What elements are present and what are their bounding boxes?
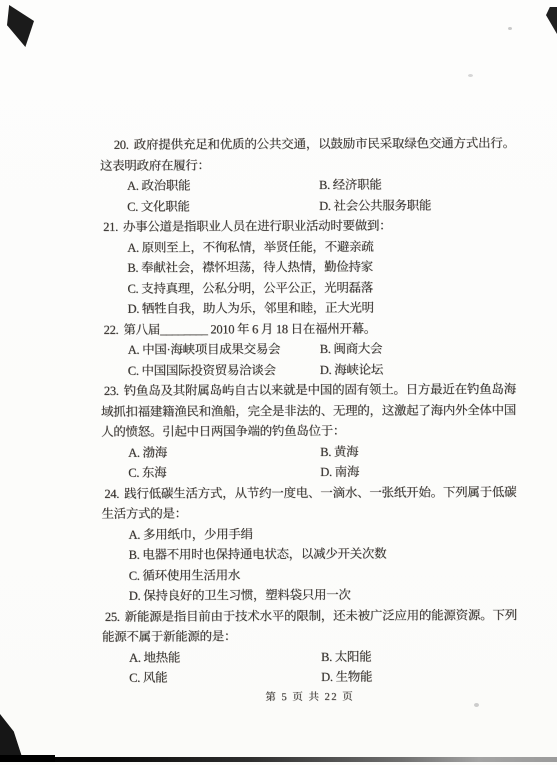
- question-22: 22.第八届________ 2010 年 6 月 18 日在福州开幕。 A. …: [101, 318, 516, 381]
- option-a: A. 多用纸巾，少用手绢: [128, 523, 516, 545]
- question-20: 20.政府提供充足和优质的公共交通，以鼓励市民采取绿色交通方式出行。这表明政府在…: [100, 133, 515, 217]
- question-stem: 23.钓鱼岛及其附属岛屿自古以来就是中国的固有领土。日方最近在钓鱼岛海域抓扣福建…: [101, 379, 516, 442]
- question-stem-text: 钓鱼岛及其附属岛屿自古以来就是中国的固有领土。日方最近在钓鱼岛海域抓扣福建籍渔民…: [101, 382, 516, 439]
- exam-content: 20.政府提供充足和优质的公共交通，以鼓励市民采取绿色交通方式出行。这表明政府在…: [100, 133, 518, 709]
- question-options: A. 政治职能 B. 经济职能 C. 文化职能 D. 社会公共服务职能: [127, 174, 515, 217]
- option-a: A. 原则至上，不徇私情，举贤任能，不避亲疏: [127, 236, 515, 258]
- question-21: 21.办事公道是指职业人员在进行职业活动时要做到： A. 原则至上，不徇私情，举…: [100, 215, 515, 319]
- option-b: B. 电器不用时也保持通电状态，以减少开关次数: [129, 543, 517, 565]
- question-number: 20.: [114, 138, 129, 152]
- question-stem: 24.践行低碳生活方式，从节约一度电、一滴水、一张纸开始。下列属于低碳生活方式的…: [101, 482, 516, 525]
- question-options: A. 渤海 B. 黄海 C. 东海 D. 南海: [128, 441, 516, 484]
- page-number-footer: 第 5 页 共 22 页: [102, 687, 517, 709]
- scanned-exam-page: 20.政府提供充足和优质的公共交通，以鼓励市民采取绿色交通方式出行。这表明政府在…: [0, 0, 557, 765]
- question-stem: 22.第八届________ 2010 年 6 月 18 日在福州开幕。: [101, 318, 516, 340]
- question-stem-text: 第八届________ 2010 年 6 月 18 日在福州开幕。: [123, 321, 376, 336]
- question-options: A. 地热能 B. 太阳能 C. 风能 D. 生物能: [129, 646, 517, 689]
- scan-edge-bottom: [0, 757, 557, 762]
- option-d: D. 生物能: [321, 666, 517, 687]
- question-23: 23.钓鱼岛及其附属岛屿自古以来就是中国的固有领土。日方最近在钓鱼岛海域抓扣福建…: [101, 379, 516, 483]
- question-24: 24.践行低碳生活方式，从节约一度电、一滴水、一张纸开始。下列属于低碳生活方式的…: [101, 482, 517, 607]
- option-b: B. 黄海: [320, 441, 516, 462]
- question-stem-text: 践行低碳生活方式，从节约一度电、一滴水、一张纸开始。下列属于低碳生活方式的是：: [101, 485, 516, 521]
- question-number: 23.: [104, 384, 119, 398]
- option-a: A. 地热能: [129, 646, 321, 667]
- option-d: D. 社会公共服务职能: [319, 195, 515, 216]
- question-options: A. 原则至上，不徇私情，举贤任能，不避亲疏 B. 奉献社会，襟怀坦荡，待人热情…: [127, 236, 515, 320]
- question-stem: 25.新能源是指目前由于技术水平的限制，还未被广泛应用的能源资源。下列能源不属于…: [102, 605, 517, 648]
- question-number: 24.: [104, 486, 119, 500]
- scan-smudge-top-left-icon: [7, 5, 34, 47]
- option-a: A. 渤海: [128, 441, 320, 462]
- option-a: A. 政治职能: [127, 175, 319, 196]
- option-c: C. 东海: [128, 462, 320, 483]
- question-options: A. 多用纸巾，少用手绢 B. 电器不用时也保持通电状态，以减少开关次数 C. …: [128, 523, 516, 607]
- question-number: 25.: [105, 609, 120, 623]
- question-number: 22.: [104, 322, 119, 336]
- question-stem: 20.政府提供充足和优质的公共交通，以鼓励市民采取绿色交通方式出行。这表明政府在…: [100, 133, 515, 176]
- option-b: B. 奉献社会，襟怀坦荡，待人热情，勤俭持家: [127, 256, 515, 278]
- question-stem-text: 新能源是指目前由于技术水平的限制，还未被广泛应用的能源资源。下列能源不属于新能源…: [102, 608, 517, 644]
- option-b: B. 经济职能: [319, 174, 515, 195]
- question-stem-text: 办事公道是指职业人员在进行职业活动时要做到：: [123, 219, 391, 234]
- question-number: 21.: [103, 220, 118, 234]
- scan-speck: [468, 74, 473, 77]
- option-b: B. 太阳能: [321, 646, 517, 667]
- option-d: D. 南海: [320, 461, 516, 482]
- question-options: A. 中国·海峡项目成果交易会 B. 闽商大会 C. 中国国际投资贸易洽谈会 D…: [128, 338, 516, 381]
- option-d: D. 海峡论坛: [320, 359, 516, 380]
- option-d: D. 保持良好的卫生习惯，塑料袋只用一次: [129, 584, 517, 606]
- option-c: C. 文化职能: [127, 195, 319, 216]
- option-b: B. 闽商大会: [320, 338, 516, 359]
- option-c: C. 循环使用生活用水: [129, 564, 517, 586]
- option-c: C. 风能: [129, 667, 321, 688]
- question-stem-text: 政府提供充足和优质的公共交通，以鼓励市民采取绿色交通方式出行。这表明政府在履行：: [100, 136, 515, 172]
- option-a: A. 中国·海峡项目成果交易会: [128, 339, 320, 360]
- scan-speck: [508, 27, 512, 30]
- question-stem: 21.办事公道是指职业人员在进行职业活动时要做到：: [100, 215, 515, 237]
- scan-smudge-top-right-icon: [546, 7, 557, 34]
- question-25: 25.新能源是指目前由于技术水平的限制，还未被广泛应用的能源资源。下列能源不属于…: [102, 605, 517, 689]
- scan-smudge-bottom-left-icon: [0, 714, 23, 760]
- option-d: D. 牺牲自我，助人为乐，邻里和睦，正大光明: [127, 297, 515, 319]
- option-c: C. 支持真理，公私分明，公平公正，光明磊落: [127, 277, 515, 299]
- option-c: C. 中国国际投资贸易洽谈会: [128, 359, 320, 380]
